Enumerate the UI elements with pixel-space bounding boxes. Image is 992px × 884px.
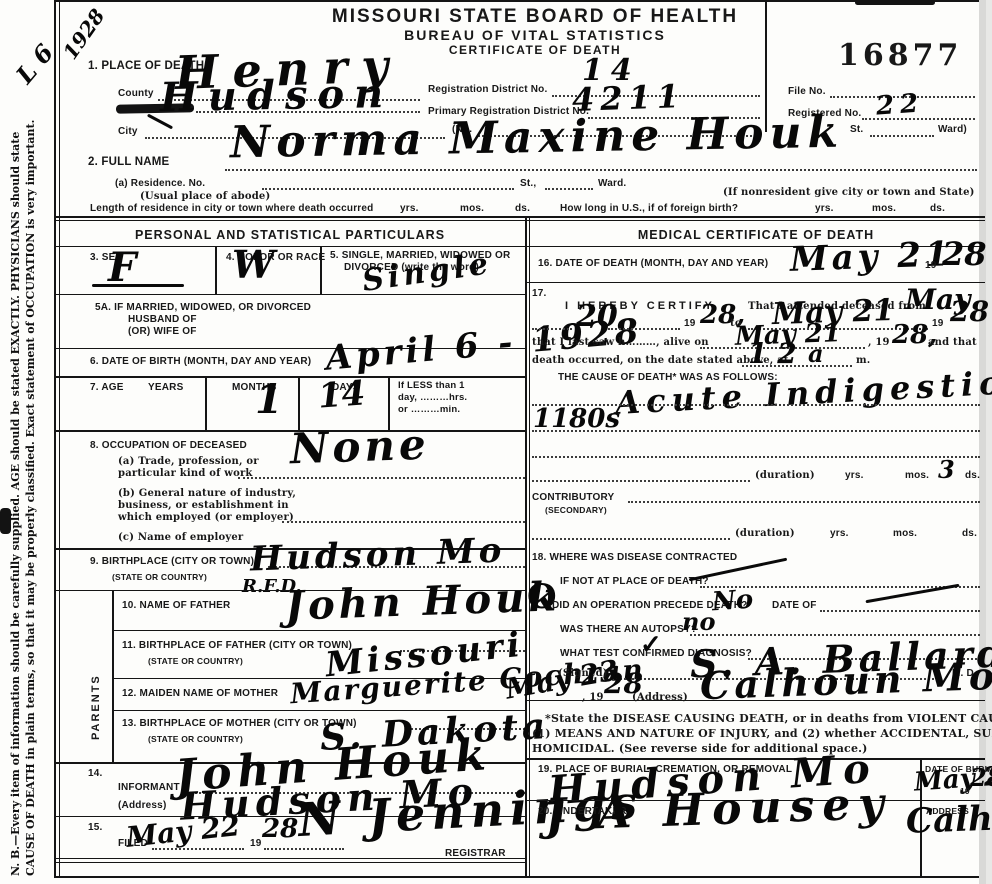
andthat-label: and that [928, 337, 977, 348]
informant-label: INFORMANT [118, 782, 180, 793]
secondary-label: (SECONDARY) [545, 505, 607, 515]
occupation-a-value: None [289, 424, 430, 471]
certificate-number: 16877 [838, 38, 962, 73]
duration-label: (duration) [755, 470, 815, 481]
county-label: County [118, 88, 154, 99]
occupation-b-label-2: business, or establishment in [118, 500, 289, 511]
rule-top-a [55, 216, 985, 218]
father-birthplace-state-label: (STATE OR COUNTRY) [148, 656, 243, 666]
cause-code-value: 1180s [533, 406, 620, 432]
frame-bottom [55, 876, 985, 878]
duration2-yrs: yrs. [830, 528, 849, 539]
registered-no-value: 22 [875, 90, 925, 119]
filed-line-2 [264, 848, 344, 850]
occupation-b-line [282, 521, 525, 523]
row5-rule [55, 294, 527, 295]
township-value: Hudson [160, 74, 394, 118]
occurred-time-value: 1 2 [748, 340, 797, 368]
dob-label: 6. DATE OF BIRTH (MONTH, DAY AND YEAR) [90, 356, 311, 367]
footnote-line-2: (1) MEANS AND NATURE OF INJURY, and (2) … [532, 727, 992, 740]
date-of-death-label: 16. DATE OF DEATH (MONTH, DAY AND YEAR) [538, 258, 768, 269]
father-name-value: John Houk [284, 577, 560, 627]
howlong-ds: ds. [930, 203, 945, 214]
duration-yrs: yrs. [845, 470, 864, 481]
sex-value: F [108, 248, 136, 288]
age-div-2 [298, 376, 300, 430]
city-label: City [118, 126, 138, 137]
city-ward-label: Ward) [938, 124, 967, 135]
age-less-note-2: day, ………hrs. [398, 392, 467, 403]
howlong-label: How long in U.S., if of foreign birth? [560, 203, 738, 214]
duration2-label: (duration) [735, 528, 795, 539]
age-less-note-1: If LESS than 1 [398, 380, 465, 391]
occupation-a-label-1: (a) Trade, profession, or [118, 456, 259, 467]
death-certificate-scan: N. B.—Every item of information should b… [0, 0, 986, 884]
cause-line-3 [532, 456, 980, 458]
signed-rule [527, 700, 985, 701]
residence-st-label: St., [520, 178, 536, 189]
occupation-label: 8. OCCUPATION OF DECEASED [90, 440, 247, 451]
abode-note: (Usual place of abode) [140, 191, 270, 202]
age-days-value: 14 [317, 376, 367, 413]
birthplace-value: Hudson Mo [249, 534, 505, 577]
item14-number: 14. [88, 768, 103, 779]
race-marital-divider [320, 246, 322, 294]
occupation-b-label-1: (b) General nature of industry, [118, 488, 296, 499]
filed-year-value: 28 [262, 816, 298, 842]
race-value: W [232, 246, 275, 284]
age-less-note-3: or ………min. [398, 404, 460, 415]
footnote-line-1: *State the DISEASE CAUSING DEATH, or in … [545, 712, 992, 725]
certify-19-a: 19 [684, 318, 696, 329]
file-no-label: File No. [788, 86, 826, 97]
margin-note-line1: N. B.—Every item of information should b… [8, 120, 23, 876]
test-check-mark: ✓ [640, 632, 662, 658]
left-bottom-rule-a [55, 858, 527, 859]
father-birthplace-label: 11. BIRTHPLACE OF FATHER (CITY OR TOWN) [122, 640, 352, 651]
full-name-line [225, 169, 977, 171]
duration2-lead-line [532, 538, 730, 540]
father-name-label: 10. NAME OF FATHER [122, 600, 230, 611]
scan-smudge-top [855, 0, 935, 5]
occurred-a-value: a [808, 342, 824, 366]
burial-date-19: 19 [960, 786, 970, 796]
frame-left-outer [54, 0, 56, 878]
nonresident-note: (If nonresident give city or town and St… [723, 187, 975, 198]
left-bottom-rule-b [55, 862, 527, 863]
occurred-m-label: m. [856, 355, 870, 366]
filed-19: 19 [250, 838, 262, 849]
registration-district-label: Registration District No. [428, 84, 547, 95]
duration-ds: ds. [965, 470, 980, 481]
date-of-death-19: 19 [925, 260, 937, 271]
ifnot-label: IF NOT AT PLACE OF DEATH? [560, 576, 709, 587]
signed-19: , 19 [582, 692, 604, 703]
dob-rule [55, 376, 527, 378]
contributory-label: CONTRIBUTORY [532, 492, 614, 503]
form-title: MISSOURI STATE BOARD OF HEALTH [300, 6, 770, 28]
contributory-line [628, 501, 980, 503]
residence-ward-label: Ward. [598, 178, 626, 189]
duration-mos-value: 3 [938, 458, 955, 482]
length-yrs: yrs. [400, 203, 419, 214]
item17-number: 17. [532, 288, 547, 299]
husband-label: HUSBAND OF [128, 314, 197, 325]
wife-label: (OR) WIFE OF [128, 326, 197, 337]
personal-title: PERSONAL AND STATISTICAL PARTICULARS [60, 228, 520, 242]
lastsaw-19: , 19 [868, 337, 890, 348]
full-name-label: 2. FULL NAME [88, 156, 169, 168]
pencil-note-l6: L 6 [12, 40, 57, 88]
parents-label: PARENTS [90, 620, 102, 740]
length-residence-label: Length of residence in city or town wher… [90, 203, 373, 214]
duration2-mos: mos. [893, 528, 917, 539]
autopsy-value: no [682, 610, 715, 634]
age-div-1 [205, 376, 207, 430]
frame-top [55, 0, 985, 2]
rule-top-b [55, 220, 985, 221]
cause-line-2 [532, 430, 980, 432]
age-label: 7. AGE [90, 382, 124, 393]
certify-line-2 [608, 328, 680, 330]
mother-name-label: 12. MAIDEN NAME OF MOTHER [122, 688, 278, 699]
duration2-ds: ds. [962, 528, 977, 539]
lastsaw-label: that I last saw h………, alive on [532, 337, 709, 348]
undertaker-signature: J A Housey [544, 782, 892, 838]
dateof-label: DATE OF [772, 600, 817, 611]
city-st-line [870, 135, 934, 137]
frame-left-inner [59, 0, 60, 878]
age-years-label: YEARS [148, 382, 183, 393]
mother-birthplace-state-label: (STATE OR COUNTRY) [148, 734, 243, 744]
pencil-note-year: 1928 [60, 5, 108, 62]
attended-to-year: 28 [950, 298, 989, 326]
column-divider-a [525, 216, 527, 876]
howlong-yrs: yrs. [815, 203, 834, 214]
occupation-c-label: (c) Name of employer [118, 532, 243, 543]
howlong-mos: mos. [872, 203, 896, 214]
birthplace-state-label: (STATE OR COUNTRY) [112, 572, 207, 582]
married-label: 5A. IF MARRIED, WIDOWED, OR DIVORCED [95, 302, 311, 313]
autopsy-label: WAS THERE AN AUTOPSY? [560, 624, 697, 635]
residence-line [262, 188, 514, 190]
certify-line-1 [532, 328, 572, 330]
signed-address-label: (Address) [632, 692, 688, 703]
burial-date-year: 28 [970, 766, 992, 790]
date-of-death-year: 28 [942, 238, 987, 270]
residence-st-line [545, 188, 593, 190]
sex-pen-stroke [92, 284, 184, 287]
column-divider-b [529, 216, 530, 876]
item15-number: 15. [88, 822, 103, 833]
operation-value: No [711, 587, 754, 616]
parents-box-line [112, 590, 114, 764]
length-mos: mos. [460, 203, 484, 214]
full-name-value: Norma Maxine Houk [230, 111, 845, 166]
signed-address-value: Calhoun Mo [699, 657, 992, 705]
occupation-a-line [238, 477, 525, 479]
length-ds: ds. [515, 203, 530, 214]
disease-contracted-label: 18. WHERE WAS DISEASE CONTRACTED [532, 552, 737, 563]
birthplace-label: 9. BIRTHPLACE (CITY OR TOWN) [90, 556, 254, 567]
dateof-line [820, 610, 980, 612]
margin-note-line2: CAUSE OF DEATH in plain terms, so that i… [23, 120, 38, 876]
scan-edge [979, 0, 986, 884]
filed-month-value: May 22 [125, 812, 241, 852]
occupation-a-label-2: particular kind of work [118, 468, 253, 479]
age-months-value: 1 [255, 380, 283, 420]
residence-label: (a) Residence. No. [115, 178, 205, 189]
city-st-label: St. [850, 124, 863, 135]
margin-note: N. B.—Every item of information should b… [8, 120, 38, 876]
occupation-b-label-3: which employed (or employer) [118, 512, 294, 523]
duration-mos: mos. [905, 470, 929, 481]
undertaker-address-value: Calhoun [905, 799, 992, 839]
duration-lead-line [532, 480, 750, 482]
sex-race-divider [215, 246, 217, 294]
informant-address-label: (Address) [118, 800, 166, 811]
